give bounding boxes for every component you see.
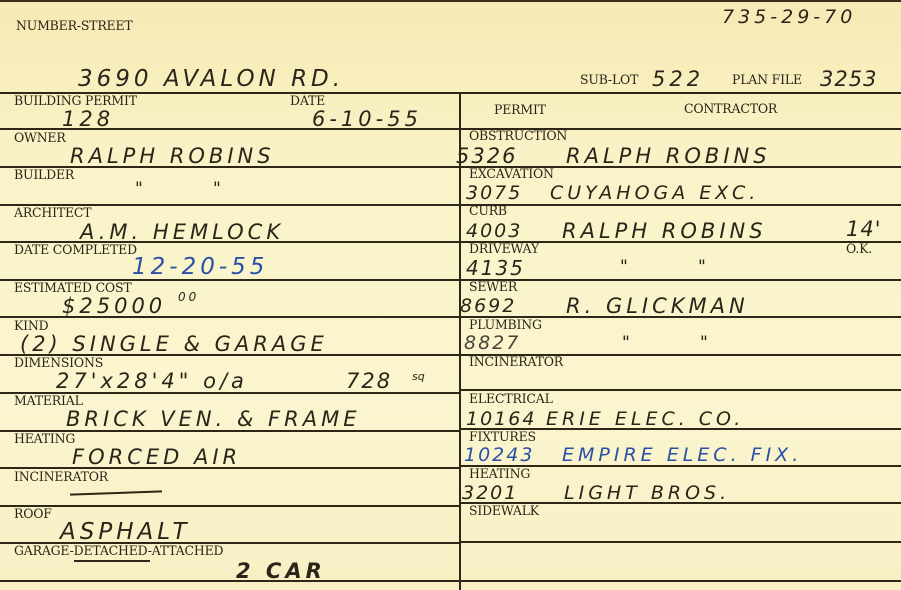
contractor-column-header: CONTRACTOR (684, 102, 777, 117)
garage-label: GARAGE-DETACHED-ATTACHED (14, 544, 223, 559)
rule (0, 505, 459, 507)
curb-permit: 4003 (466, 220, 522, 242)
heating-label: HEATING (14, 432, 75, 447)
date-completed-value: 12-20-55 (132, 256, 268, 278)
builder-value: " " (135, 178, 224, 200)
heating-permit: 3201 (462, 482, 518, 504)
material-value: BRICK VEN. & FRAME (66, 408, 360, 430)
driveway-contractor: " " (620, 256, 709, 278)
estimated-cost-cents: 00 (178, 286, 199, 308)
roof-label: ROOF (14, 507, 52, 522)
excavation-permit: 3075 (466, 182, 522, 204)
builder-label: BUILDER (14, 168, 74, 183)
incinerator-permit-label: INCINERATOR (469, 355, 563, 370)
heating-permit-label: HEATING (469, 467, 530, 482)
heating-value: FORCED AIR (72, 446, 241, 468)
driveway-note: O.K. (846, 242, 872, 257)
curb-note: 14' (846, 218, 882, 240)
obstruction-label: OBSTRUCTION (469, 129, 567, 144)
sewer-permit: 8692 (460, 295, 516, 317)
driveway-label: DRIVEWAY (469, 242, 539, 257)
plumbing-label: PLUMBING (469, 318, 542, 333)
owner-label: OWNER (14, 131, 66, 146)
rule (0, 316, 459, 318)
owner-value: RALPH ROBINS (70, 145, 275, 167)
sub-lot-label: SUB-LOT (580, 73, 638, 88)
rule (459, 541, 901, 543)
date-completed-label: DATE COMPLETED (14, 243, 137, 258)
curb-contractor: RALPH ROBINS (562, 220, 767, 242)
dimensions-value: 27'x28'4" o/a (56, 370, 248, 392)
excavation-label: EXCAVATION (469, 167, 554, 182)
excavation-contractor: CUYAHOGA EXC. (550, 182, 759, 204)
dimensions-area-unit: sq (412, 366, 425, 388)
kind-value: (2) SINGLE & GARAGE (20, 333, 328, 355)
number-street-label: NUMBER-STREET (16, 19, 133, 34)
sewer-label: SEWER (469, 280, 517, 295)
address-value: 3690 AVALON RD. (78, 68, 344, 90)
rule (459, 279, 901, 281)
garage-value: 2 CAR (236, 560, 326, 582)
plumbing-permit: 8827 (464, 332, 520, 354)
detached-underline (74, 560, 150, 562)
rule (0, 580, 901, 582)
permit-column-header: PERMIT (494, 103, 546, 118)
sub-lot-value: 522 (652, 68, 704, 90)
electrical-contractor: ERIE ELEC. CO. (546, 408, 744, 430)
obstruction-permit: 5326 (456, 145, 517, 167)
dimensions-area: 728 (346, 370, 392, 392)
plan-file-value: 3253 (820, 68, 877, 90)
fixtures-permit: 10243 (464, 444, 534, 466)
date-value: 6-10-55 (312, 108, 422, 130)
plumbing-contractor: " " (622, 332, 711, 354)
electrical-label: ELECTRICAL (469, 392, 553, 407)
fixtures-label: FIXTURES (469, 430, 536, 445)
driveway-permit: 4135 (466, 257, 525, 279)
rule (459, 204, 901, 206)
roof-value: ASPHALT (60, 521, 191, 543)
rule (0, 128, 459, 130)
corner-number: 735-29-70 (722, 6, 856, 28)
blank-dash (70, 490, 162, 495)
curb-label: CURB (469, 204, 507, 219)
card-top-edge (0, 0, 901, 2)
incinerator-label: INCINERATOR (14, 470, 108, 485)
fixtures-contractor: EMPIRE ELEC. FIX. (562, 444, 802, 466)
permit-card: NUMBER-STREET 735-29-70 3690 AVALON RD. … (0, 0, 901, 590)
estimated-cost-value: $25000 (62, 295, 166, 317)
sewer-contractor: R. GLICKMAN (566, 295, 749, 317)
heating-contractor: LIGHT BROS. (564, 482, 730, 504)
building-permit-value: 128 (62, 108, 114, 130)
architect-value: A.M. HEMLOCK (80, 221, 284, 243)
obstruction-contractor: RALPH ROBINS (566, 145, 771, 167)
architect-label: ARCHITECT (14, 206, 91, 221)
sidewalk-label: SIDEWALK (469, 504, 539, 519)
electrical-permit: 10164 (466, 408, 536, 430)
plan-file-label: PLAN FILE (732, 73, 802, 88)
rule (459, 354, 901, 356)
